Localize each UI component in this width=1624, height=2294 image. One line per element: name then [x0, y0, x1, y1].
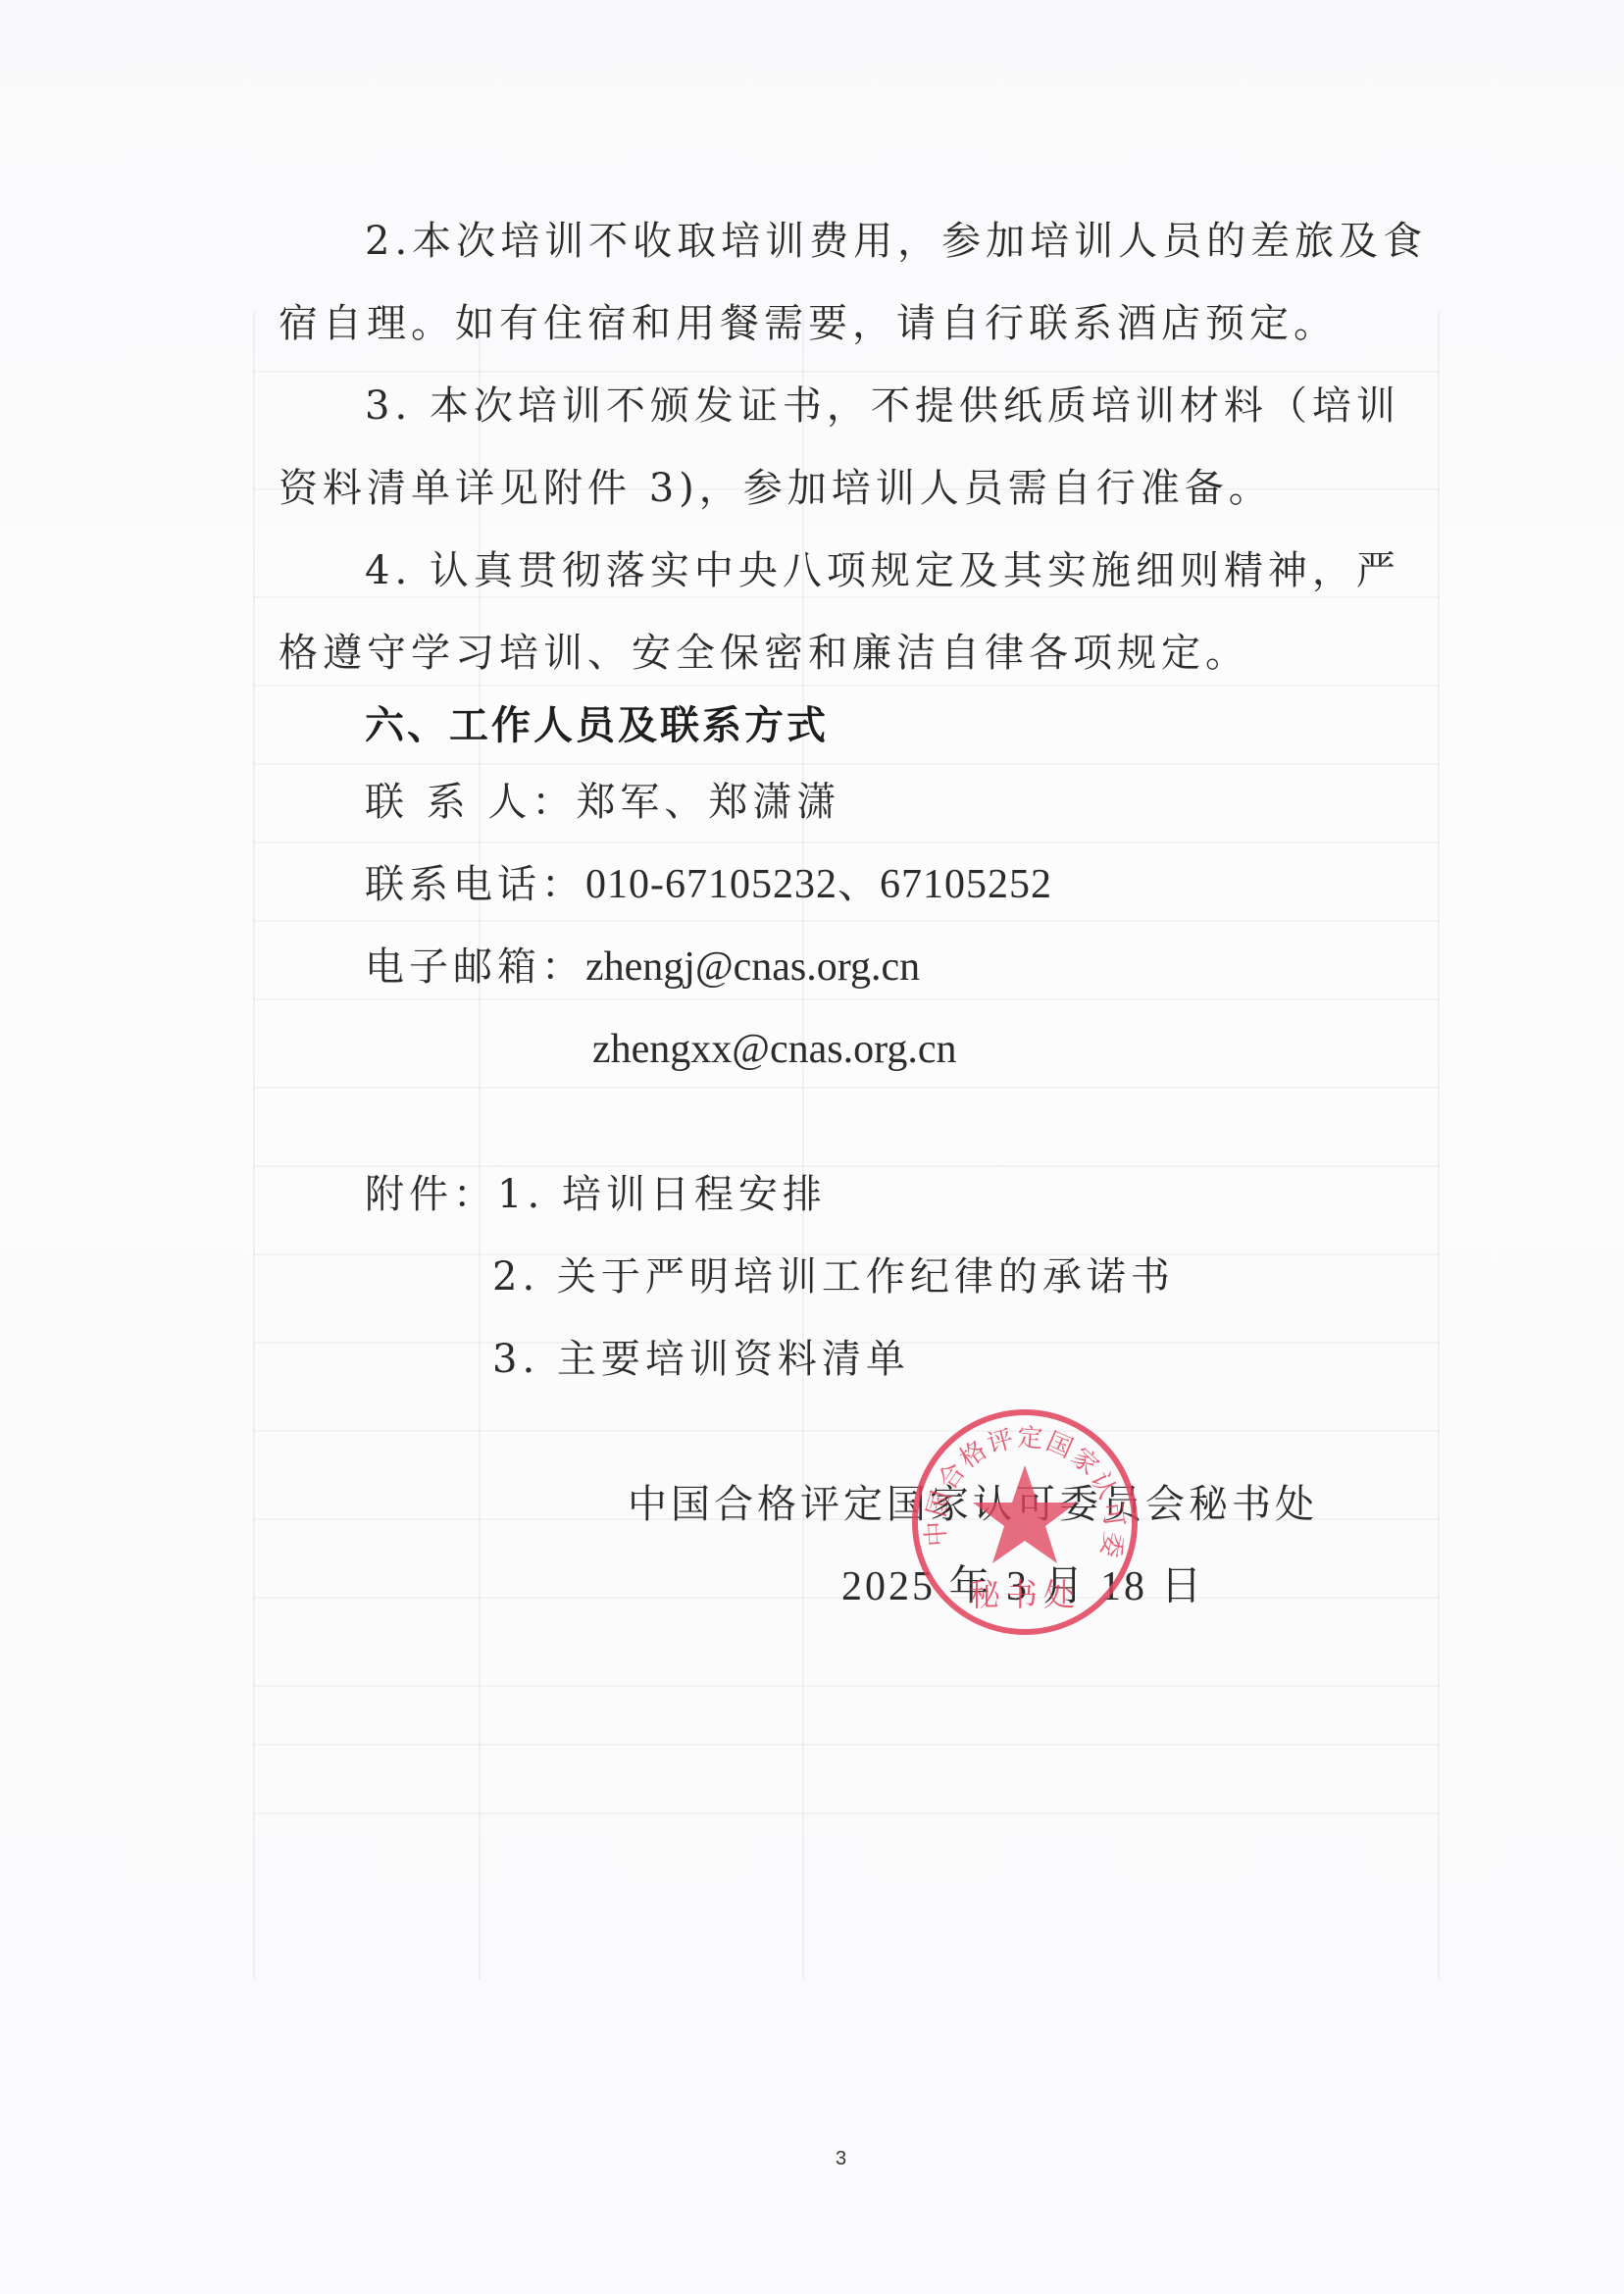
contact-email-1[interactable]: zhengj@cnas.org.cn — [585, 944, 920, 990]
paragraph-item-2-line-2: 宿自理。如有住宿和用餐需要，请自行联系酒店预定。 — [279, 296, 1338, 351]
contact-phone-row: 联系电话：010-67105232、67105252 — [365, 857, 1052, 912]
paragraph-item-4-line-2: 格遵守学习培训、安全保密和廉洁自律各项规定。 — [279, 626, 1249, 681]
attachment-item-1: 1. 培训日程安排 — [497, 1172, 827, 1217]
contact-phone-numbers: 010-67105232、67105252 — [585, 862, 1052, 907]
contact-email-row: 电子邮箱：zhengj@cnas.org.cn — [365, 940, 920, 994]
paragraph-item-3-line-1: 3. 本次培训不颁发证书，不提供纸质培训材料（培训 — [365, 379, 1400, 433]
contact-email-2[interactable]: zhengxx@cnas.org.cn — [592, 1022, 956, 1077]
attachment-item-3: 3. 主要培训资料清单 — [492, 1332, 910, 1387]
contact-person-label: 联 系 人： — [365, 780, 576, 825]
official-seal-stamp: 中国合格评定国家认可委员会 秘书处 — [907, 1404, 1142, 1640]
contact-person-row: 联 系 人：郑军、郑潇潇 — [365, 775, 840, 830]
document-page: 2.本次培训不收取培训费用，参加培训人员的差旅及食 宿自理。如有住宿和用餐需要，… — [0, 0, 1624, 2294]
paragraph-item-3-line-2: 资料清单详见附件 3)，参加培训人员需自行准备。 — [279, 461, 1273, 516]
attachments-row-1: 附件：1. 培训日程安排 — [365, 1167, 827, 1222]
contact-phone-label: 联系电话： — [365, 862, 585, 907]
contact-person-names: 郑军、郑潇潇 — [576, 780, 840, 825]
attachment-item-2: 2. 关于严明培训工作纪律的承诺书 — [492, 1249, 1175, 1304]
seal-bottom-text: 秘书处 — [969, 1576, 1081, 1613]
page-number: 3 — [836, 2148, 846, 2170]
attachments-label: 附件： — [365, 1172, 497, 1217]
paragraph-item-4-line-1: 4. 认真贯彻落实中央八项规定及其实施细则精神，严 — [365, 543, 1400, 598]
section-heading: 六、工作人员及联系方式 — [365, 698, 829, 753]
contact-email-label: 电子邮箱： — [365, 944, 585, 990]
paragraph-item-2-line-1: 2.本次培训不收取培训费用，参加培训人员的差旅及食 — [365, 214, 1427, 269]
star-icon — [973, 1465, 1077, 1563]
